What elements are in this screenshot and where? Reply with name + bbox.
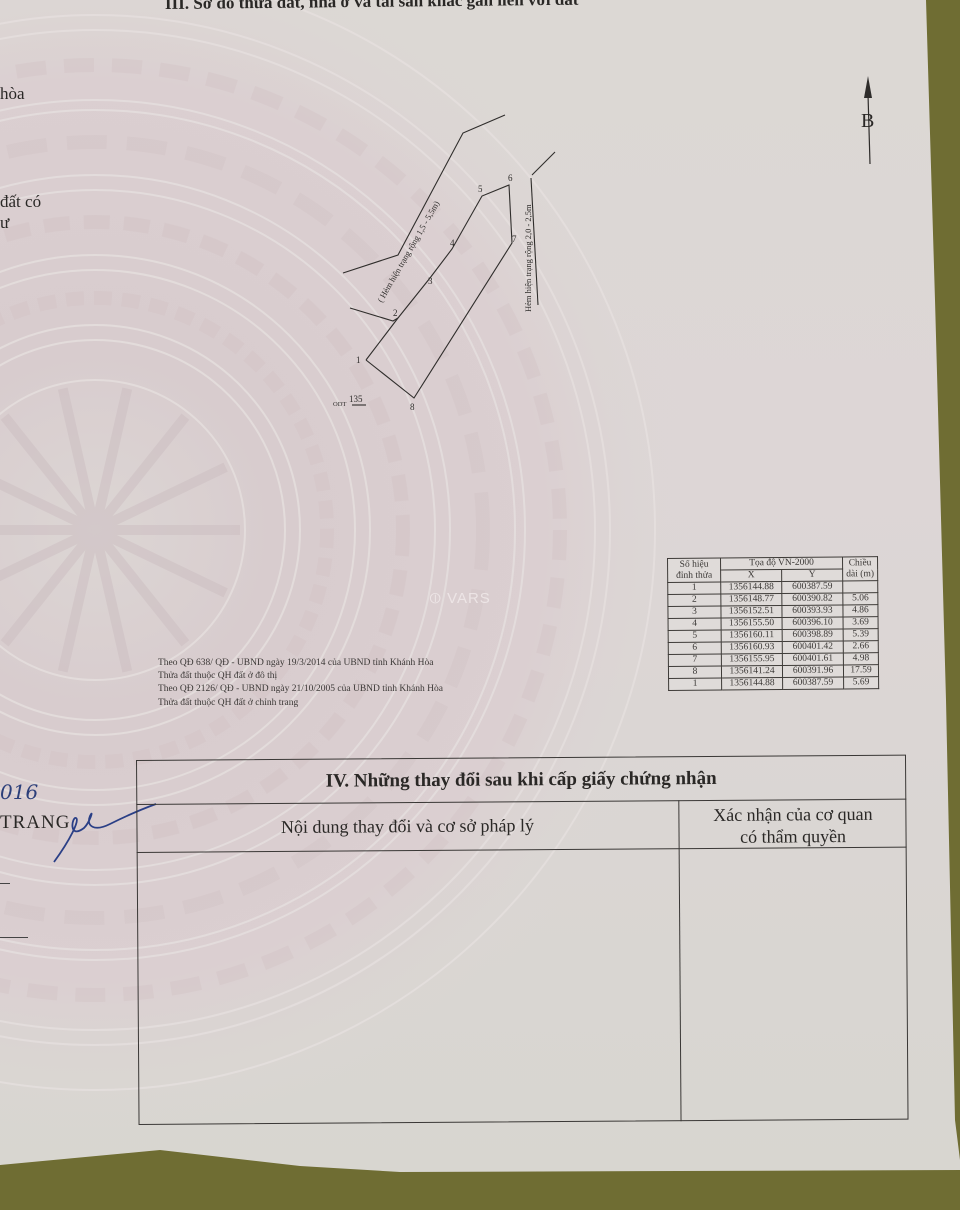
edge-length xyxy=(843,581,878,593)
x-coordinate: 1356144.88 xyxy=(722,677,783,690)
y-coordinate: 600396.10 xyxy=(782,617,843,630)
vertex-5: 5 xyxy=(478,184,483,194)
y-coordinate: 600387.59 xyxy=(782,581,843,594)
confirm-header-line-1: Xác nhận của cơ quan xyxy=(679,803,906,827)
road-boundary-right-top xyxy=(532,152,555,175)
vertex-id: 3 xyxy=(668,606,721,618)
y-coordinate: 600401.42 xyxy=(782,641,843,654)
header-length: Chiều dài (m) xyxy=(842,557,877,581)
header-point: Số hiệu đỉnh thửa xyxy=(668,558,721,582)
x-coordinate: 1356160.11 xyxy=(721,629,782,642)
changes-content-cell[interactable] xyxy=(137,849,681,1125)
coordinate-table-body: 11356144.88600387.5921356148.77600390.82… xyxy=(668,581,879,691)
y-coordinate: 600387.59 xyxy=(783,677,844,690)
note-line-2: Thửa đất thuộc QH đất ở đô thị xyxy=(158,670,443,683)
vertex-7: 7 xyxy=(512,234,517,244)
edge-length: 5.39 xyxy=(843,629,878,641)
parcel-type-label: ODT xyxy=(333,401,346,408)
header-coord-system: Tọa độ VN-2000 xyxy=(721,557,843,570)
x-coordinate: 1356155.95 xyxy=(721,653,782,666)
edge-length: 5.06 xyxy=(843,593,878,605)
vertex-id: 8 xyxy=(668,666,721,678)
edge-length: 5.69 xyxy=(844,677,879,689)
left-divider-2 xyxy=(0,937,28,938)
parcel-sketch: 1 2 3 4 5 6 7 8 ODT 135 ( Hẻm hiện trạng… xyxy=(0,0,960,480)
changes-col-content-header: Nội dung thay đổi và cơ sở pháp lý xyxy=(136,800,678,852)
vertex-8: 8 xyxy=(410,402,415,412)
header-x: X xyxy=(721,570,782,583)
parcel-number-label: 135 xyxy=(349,394,363,404)
vertex-id: 6 xyxy=(668,642,721,654)
vertex-id: 2 xyxy=(668,594,721,606)
road-label-1: ( Hẻm hiện trạng rộng 1,5 - 5,5m) xyxy=(375,199,441,304)
road-label-2: Hẻm hiện trạng rộng 2,0 - 2,5m xyxy=(523,204,533,312)
edge-length: 3.69 xyxy=(843,617,878,629)
vertex-id: 1 xyxy=(669,678,722,690)
vertex-id: 7 xyxy=(668,654,721,666)
note-line-4: Thửa đất thuộc QH đất ở chỉnh trang xyxy=(158,697,443,710)
coordinate-row: 11356144.88600387.595.69 xyxy=(669,677,879,691)
x-coordinate: 1356152.51 xyxy=(721,605,782,618)
y-coordinate: 600398.89 xyxy=(782,629,843,642)
changes-confirmation-cell[interactable] xyxy=(680,848,909,1122)
vertex-4: 4 xyxy=(450,238,455,248)
note-line-1: Theo QĐ 638/ QĐ - UBND ngày 19/3/2014 củ… xyxy=(158,657,443,670)
road-boundary-left xyxy=(343,115,505,273)
edge-length: 2.66 xyxy=(843,641,878,653)
edge-length: 4.98 xyxy=(843,653,878,665)
certificate-page: III. Sơ đồ thửa đất, nhà ở và tài sản kh… xyxy=(0,0,960,1210)
vertex-id: 1 xyxy=(668,582,721,594)
vars-watermark: ⦶ VARS xyxy=(430,590,491,607)
vertex-id: 5 xyxy=(668,630,721,642)
changes-col-confirm-header: Xác nhận của cơ quan có thẩm quyền xyxy=(679,803,906,849)
changes-title: IV. Những thay đổi sau khi cấp giấy chứn… xyxy=(136,755,906,805)
x-coordinate: 1356160.93 xyxy=(721,641,782,654)
x-coordinate: 1356148.77 xyxy=(721,593,782,606)
coordinate-table: Số hiệu đỉnh thửa Tọa độ VN-2000 Chiều d… xyxy=(667,556,879,691)
vertex-2: 2 xyxy=(393,308,398,318)
note-line-3: Theo QĐ 2126/ QĐ - UBND ngày 21/10/2005 … xyxy=(158,683,443,696)
vertex-id: 4 xyxy=(668,618,721,630)
road-boundary-lower xyxy=(350,308,398,321)
vertex-6: 6 xyxy=(508,173,513,183)
vertex-3: 3 xyxy=(428,276,433,286)
x-coordinate: 1356141.24 xyxy=(721,665,782,678)
x-coordinate: 1356144.88 xyxy=(721,581,782,594)
edge-length: 17.59 xyxy=(843,665,878,677)
vars-watermark-text: VARS xyxy=(447,590,491,607)
vars-logo-icon: ⦶ xyxy=(430,590,447,607)
changes-table: IV. Những thay đổi sau khi cấp giấy chứn… xyxy=(136,755,909,1125)
header-y: Y xyxy=(782,569,843,582)
y-coordinate: 600390.82 xyxy=(782,593,843,606)
vertex-1: 1 xyxy=(356,355,361,365)
y-coordinate: 600401.61 xyxy=(782,653,843,666)
edge-length: 4.86 xyxy=(843,605,878,617)
confirm-header-line-2: có thẩm quyền xyxy=(679,825,906,849)
y-coordinate: 600391.96 xyxy=(782,665,843,678)
left-divider-1 xyxy=(0,883,10,884)
y-coordinate: 600393.93 xyxy=(782,605,843,618)
handwritten-number: 016 xyxy=(0,780,38,804)
x-coordinate: 1356155.50 xyxy=(721,617,782,630)
planning-notes: Theo QĐ 638/ QĐ - UBND ngày 19/3/2014 củ… xyxy=(158,657,443,710)
